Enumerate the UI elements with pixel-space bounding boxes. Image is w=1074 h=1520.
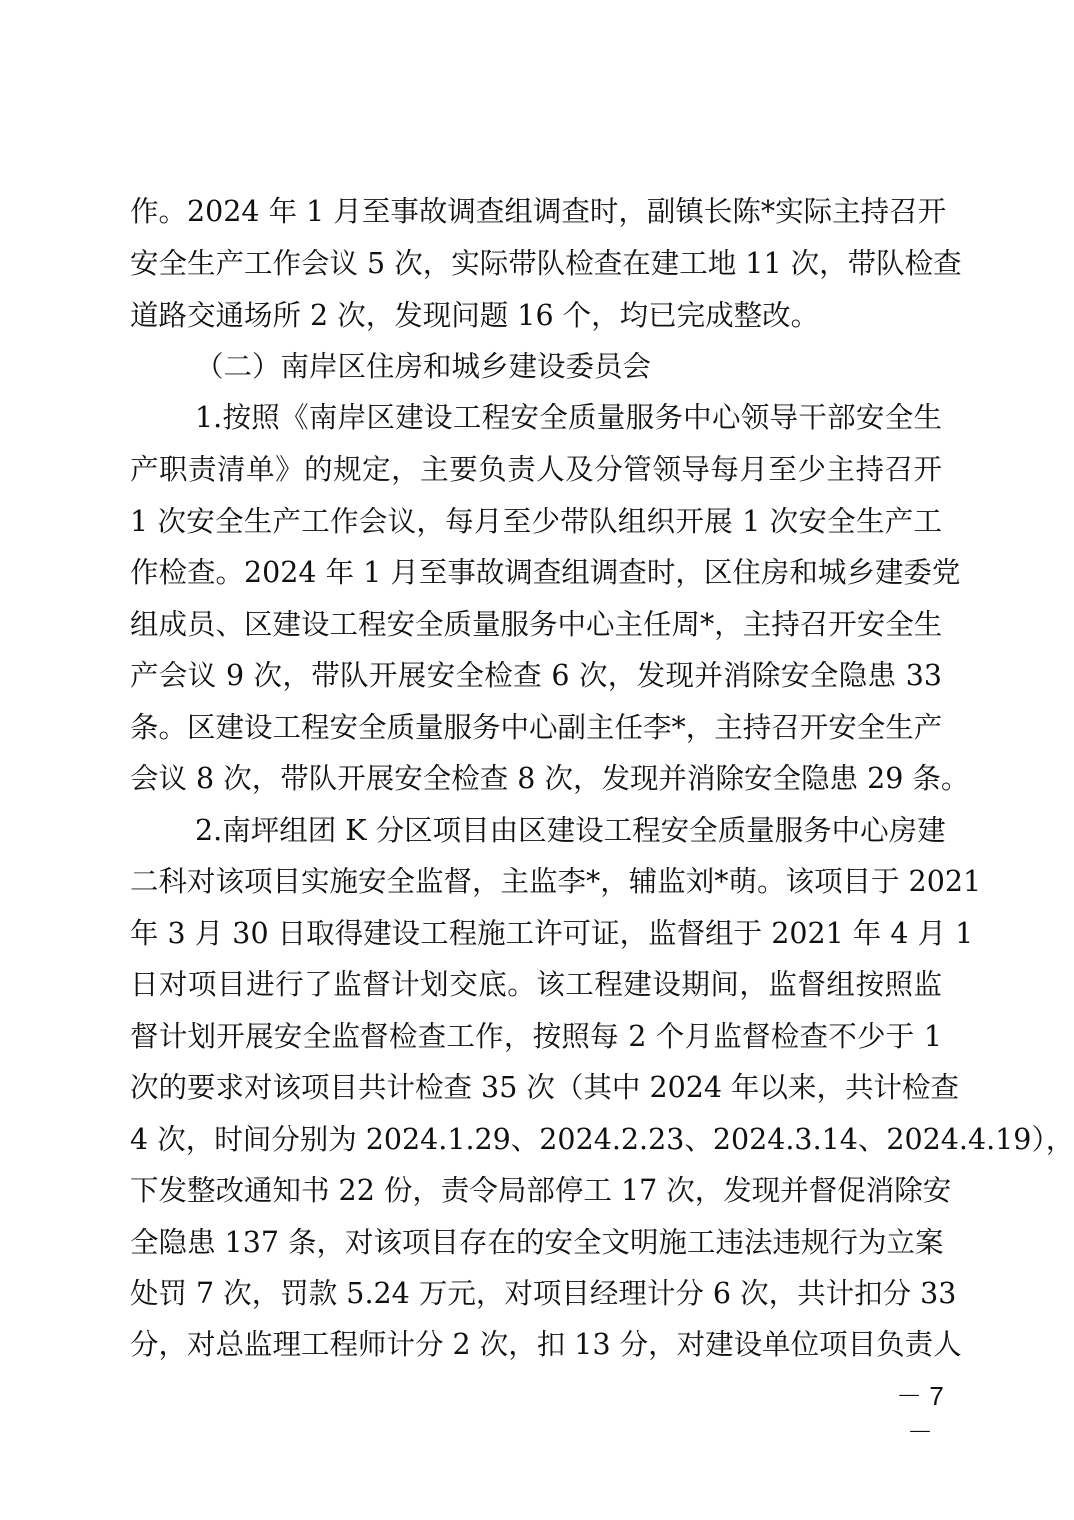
paragraph-line: 1 次安全生产工作会议，每月至少带队组织开展 1 次安全生产工 <box>130 502 942 542</box>
paragraph-line: 日对项目进行了监督计划交底。该工程建设期间，监督组按照监 <box>130 965 942 1005</box>
paragraph-line: 处罚 7 次，罚款 5.24 万元，对项目经理计分 6 次，共计扣分 33 <box>130 1274 942 1314</box>
paragraph-line: 分，对总监理工程师计分 2 次，扣 13 分，对建设单位项目负责人 <box>130 1325 942 1365</box>
document-page: 作。2024 年 1 月至事故调查组调查时，副镇长陈*实际主持召开 安全生产工作… <box>0 0 1074 1520</box>
section-heading: （二）南岸区住房和城乡建设委员会 <box>195 347 651 387</box>
paragraph-line: 作检查。2024 年 1 月至事故调查组调查时，区住房和城乡建委党 <box>130 553 942 593</box>
paragraph-line: 道路交通场所 2 次，发现问题 16 个，均已完成整改。 <box>130 296 942 336</box>
paragraph-line: 1.按照《南岸区建设工程安全质量服务中心领导干部安全生 <box>195 398 942 438</box>
paragraph-line: 安全生产工作会议 5 次，实际带队检查在建工地 11 次，带队检查 <box>130 244 942 284</box>
paragraph-line: 下发整改通知书 22 份，责令局部停工 17 次，发现并督促消除安 <box>130 1171 942 1211</box>
paragraph-line: 组成员、区建设工程安全质量服务中心主任周*，主持召开安全生 <box>130 605 942 645</box>
paragraph-line: 二科对该项目实施安全监督，主监李*，辅监刘*萌。该项目于 2021 <box>130 862 942 902</box>
paragraph-line: 会议 8 次，带队开展安全检查 8 次，发现并消除安全隐患 29 条。 <box>130 759 942 799</box>
paragraph-line: 作。2024 年 1 月至事故调查组调查时，副镇长陈*实际主持召开 <box>130 192 942 232</box>
paragraph-line: 年 3 月 30 日取得建设工程施工许可证，监督组于 2021 年 4 月 1 <box>130 914 942 954</box>
paragraph-line: 全隐患 137 条，对该项目存在的安全文明施工违法违规行为立案 <box>130 1223 942 1263</box>
paragraph-line: 4 次，时间分别为 2024.1.29、2024.2.23、2024.3.14、… <box>130 1120 942 1160</box>
page-number: － 7 － <box>880 1378 960 1414</box>
paragraph-line: 次的要求对该项目共计检查 35 次（其中 2024 年以来，共计检查 <box>130 1068 942 1108</box>
paragraph-line: 产职责清单》的规定，主要负责人及分管领导每月至少主持召开 <box>130 450 942 490</box>
paragraph-line: 产会议 9 次，带队开展安全检查 6 次，发现并消除安全隐患 33 <box>130 656 942 696</box>
paragraph-line: 督计划开展安全监督检查工作，按照每 2 个月监督检查不少于 1 <box>130 1017 942 1057</box>
paragraph-line: 条。区建设工程安全质量服务中心副主任李*，主持召开安全生产 <box>130 708 942 748</box>
paragraph-line: 2.南坪组团 K 分区项目由区建设工程安全质量服务中心房建 <box>195 811 942 851</box>
